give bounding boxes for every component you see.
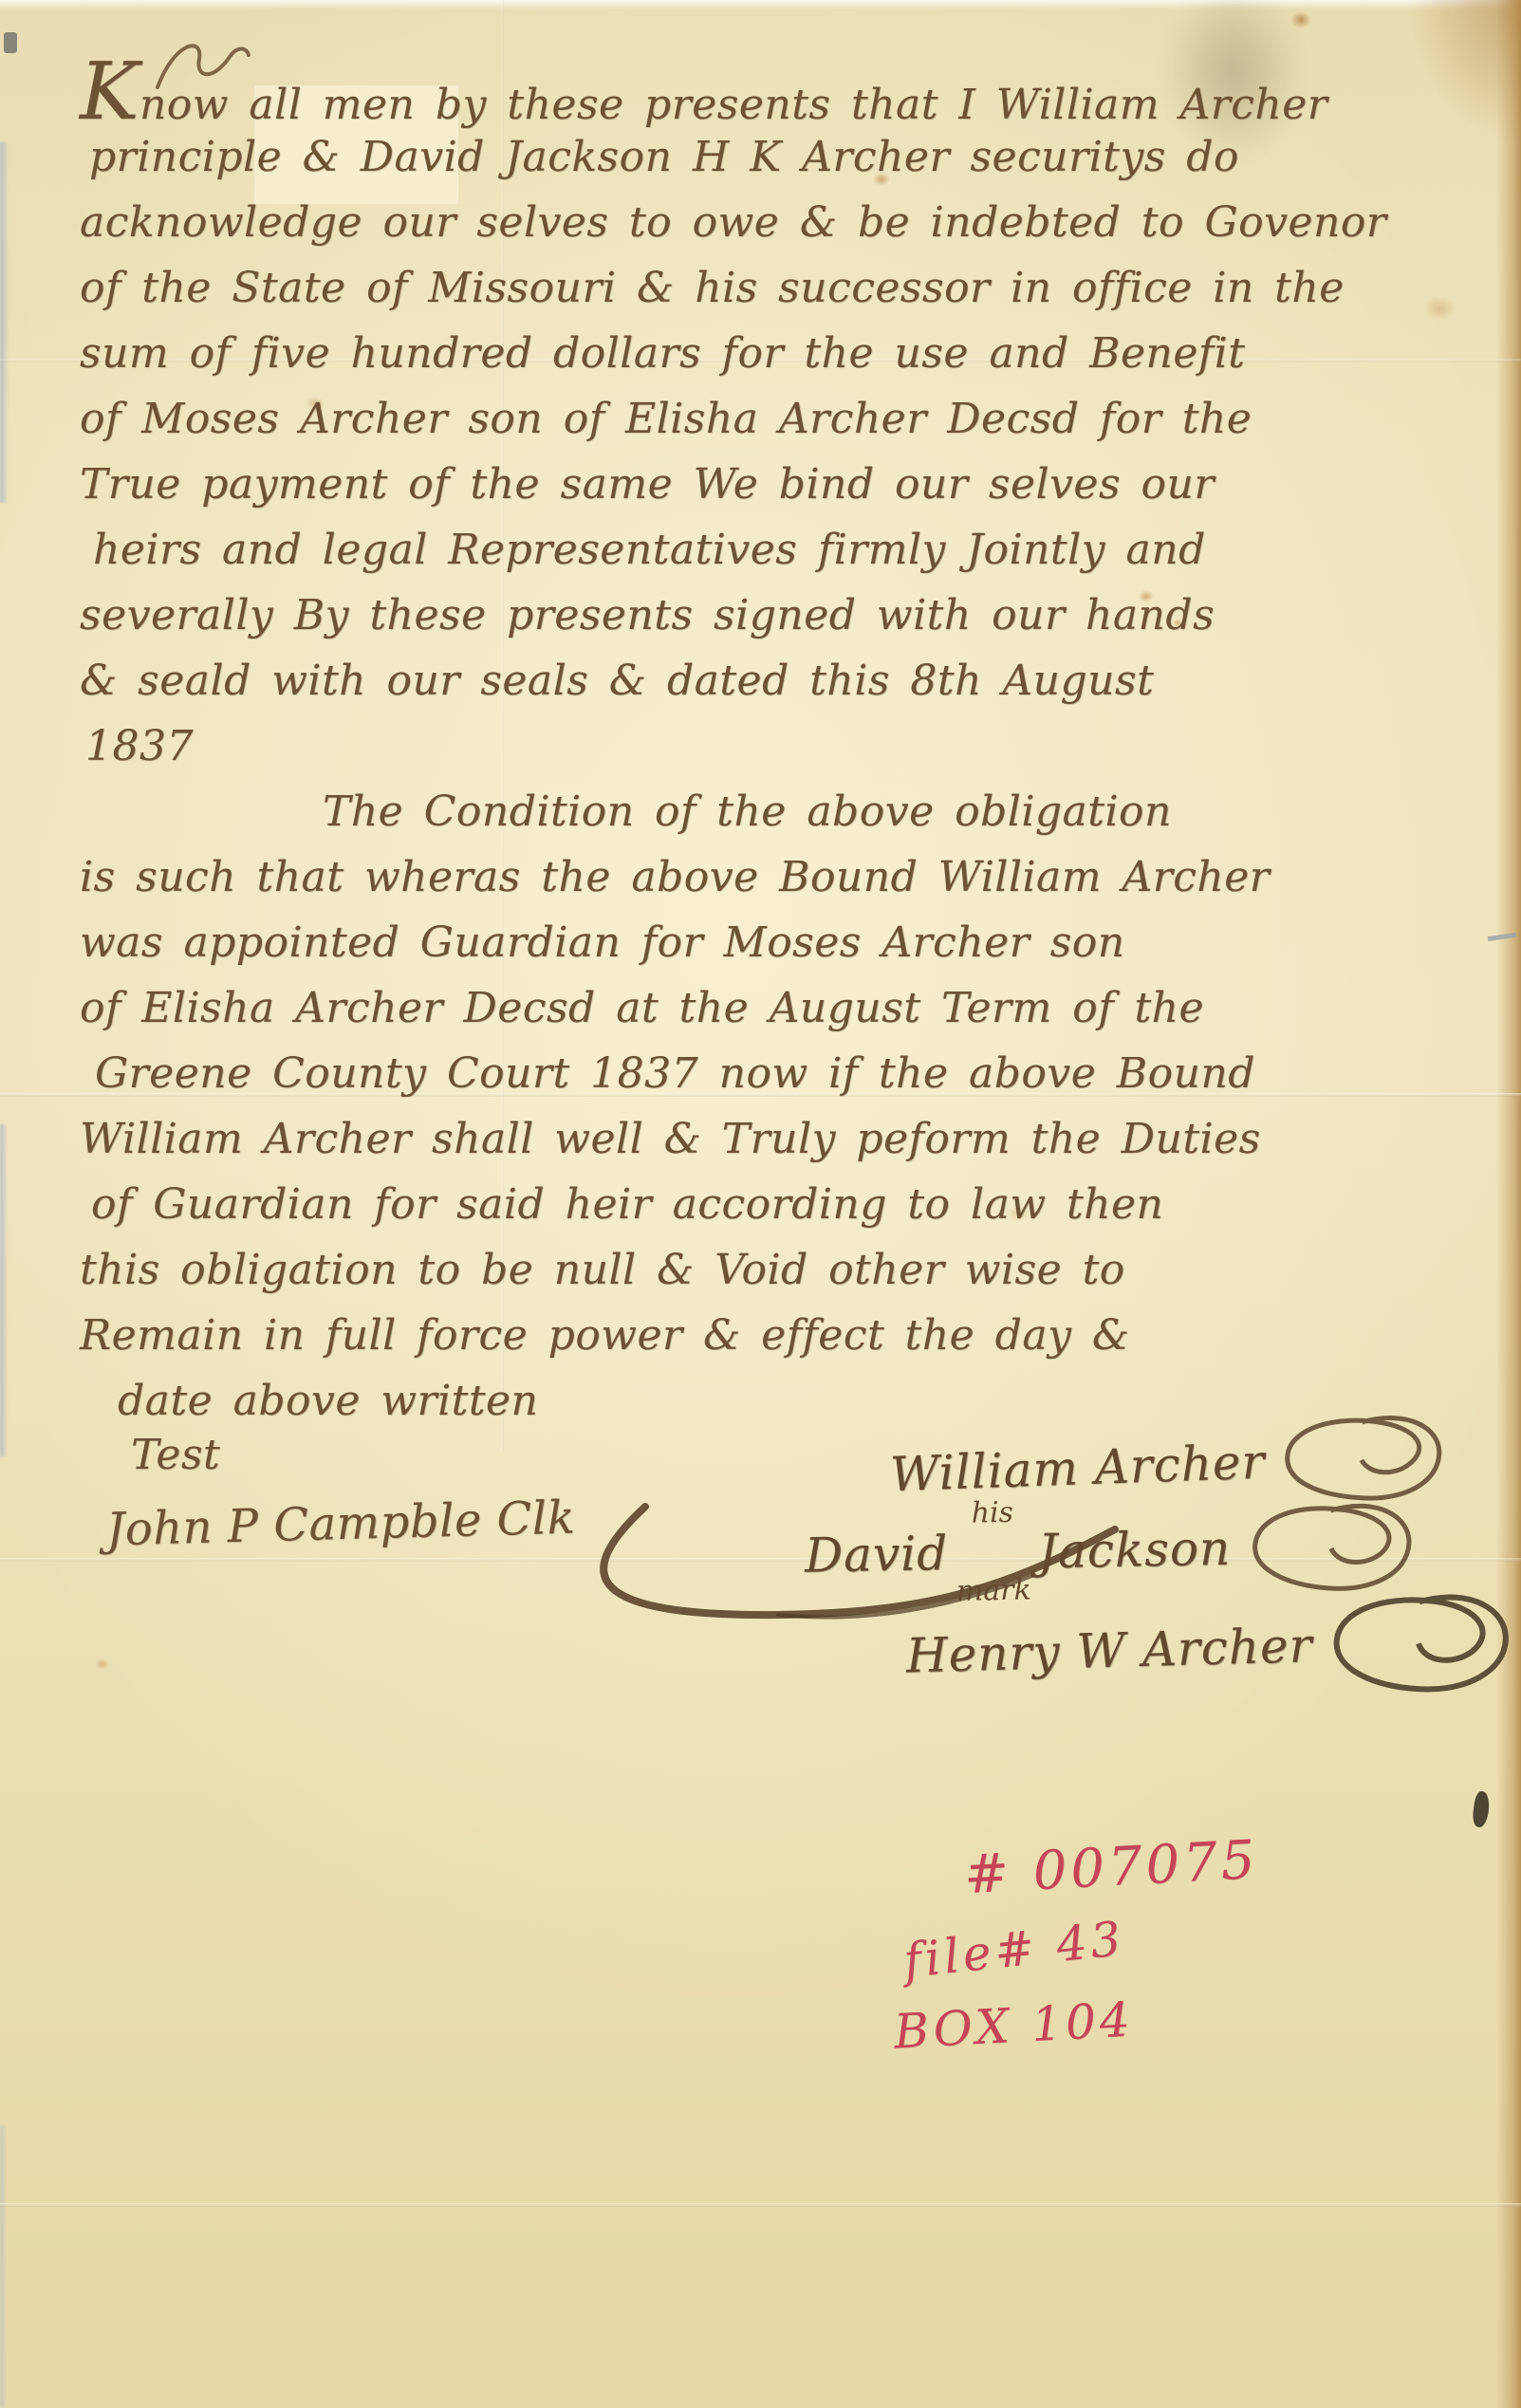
signature-row: Henry W Archer [905,1584,1517,1713]
body-line: of Elisha Archer Decsd at the August Ter… [80,975,1482,1041]
edge-nick [4,32,17,53]
body-line: acknowledge our selves to owe & be indeb… [80,190,1482,255]
body-line: True payment of the same We bind our sel… [80,452,1482,517]
body-line: this obligation to be null & Void other … [80,1237,1482,1303]
body-line: The Condition of the above obligation [323,779,1482,844]
body-line: 1837 [85,713,1482,779]
his-mark-annotation: his mark [955,1524,1031,1582]
document-body: Know all men by these presents that I Wi… [80,59,1482,1434]
seal-icon [1325,1584,1517,1701]
fold-line [0,2203,1521,2207]
body-line: William Archer shall well & Truly peform… [80,1106,1482,1172]
body-line: sum of five hundred dollars for the use … [80,321,1482,386]
signature-jackson: Jackson [1038,1521,1232,1580]
body-line: heirs and legal Representatives firmly J… [93,517,1482,583]
scan-edge-top [0,0,1521,9]
archival-accession-number: # 007075 [963,1829,1260,1906]
body-line: of Moses Archer son of Elisha Archer Dec… [80,386,1482,452]
body-line: & seald with our seals & dated this 8th … [80,648,1482,713]
scan-edge-sliver [0,2125,7,2408]
mark-word-his: his [971,1499,1013,1528]
body-line: was appointed Guardian for Moses Archer … [80,910,1482,975]
body-line: is such that wheras the above Bound Will… [80,844,1482,910]
body-line: Know all men by these presents that I Wi… [80,59,1482,124]
body-line: of the State of Missouri & his successor… [80,255,1482,321]
body-line: severally By these presents signed with … [80,583,1482,648]
seal-icon [1243,1493,1420,1599]
signature-david: David [805,1526,949,1584]
body-line: Greene County Court 1837 now if the abov… [95,1041,1482,1106]
foxing-spot [1290,11,1311,28]
witness-label: Test [131,1431,220,1479]
archival-box-number: BOX 104 [893,1991,1135,2059]
signature-henry-w-archer: Henry W Archer [905,1618,1313,1683]
body-line: principle & David Jackson H K Archer sec… [89,124,1482,190]
body-line: Remain in full force power & effect the … [80,1303,1482,1368]
scan-edge-sliver [0,142,9,503]
ink-blot [1471,1790,1491,1828]
foxing-spot [95,1658,109,1670]
archival-file-number: file# 43 [901,1911,1127,1989]
scanned-document-page: Know all men by these presents that I Wi… [0,0,1521,2408]
signature-william-archer: William Archer [889,1435,1266,1503]
scan-edge-sliver [0,1124,8,1456]
body-line: of Guardian for said heir according to l… [91,1172,1482,1237]
